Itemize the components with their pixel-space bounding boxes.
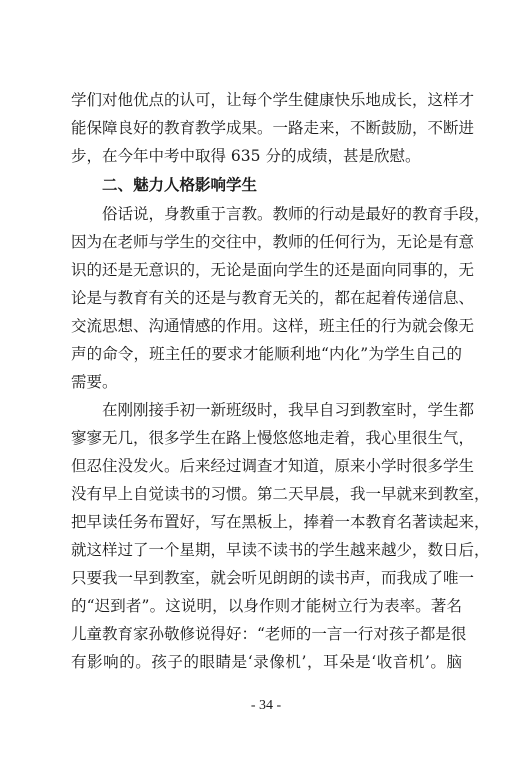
text-line: 学们对他优点的认可，让每个学生健康快乐地成长，这样才 (71, 89, 462, 111)
text-line: 有影响的。孩子的眼睛是‘录像机’，耳朵是‘收音机’。脑 (71, 651, 462, 673)
page-number: - 34 - (0, 697, 532, 715)
text-line: 没有早上自觉读书的习惯。第二天早晨，我一早就来到教室， (71, 483, 462, 505)
text-line: 儿童教育家孙敬修说得好：“老师的一言一行对孩子都是很 (71, 623, 462, 645)
paragraph-first-line: 在刚刚接手初一新班级时，我早自习到教室时，学生都 (102, 399, 462, 421)
text-line: 能保障良好的教育教学成果。一路走来，不断鼓励，不断进 (71, 117, 462, 139)
text-line: 步，在今年中考中取得 635 分的成绩，甚是欣慰。 (71, 145, 462, 167)
text-line: 的“迟到者”。这说明，以身作则才能树立行为表率。著名 (71, 595, 462, 617)
document-page: 学们对他优点的认可，让每个学生健康快乐地成长，这样才 能保障良好的教育教学成果。… (0, 0, 532, 768)
text-line: 论是与教育有关的还是与教育无关的，都在起着传递信息、 (71, 287, 462, 309)
text-line: 只要我一早到教室，就会听见朗朗的读书声，而我成了唯一 (71, 567, 462, 589)
text-line: 交流思想、沟通情感的作用。这样，班主任的行为就会像无 (71, 315, 462, 337)
text-line: 识的还是无意识的，无论是面向学生的还是面向同事的，无 (71, 259, 462, 281)
text-line: 需要。 (71, 371, 462, 393)
text-line: 就这样过了一个星期，早读不读书的学生越来越少，数日后， (71, 539, 462, 561)
text-line: 因为在老师与学生的交往中，教师的任何行为，无论是有意 (71, 231, 462, 253)
text-line: 声的命令，班主任的要求才能顺利地“内化”为学生自己的 (71, 343, 462, 365)
section-heading: 二、魅力人格影响学生 (102, 174, 257, 196)
text-line: 但忍住没发火。后来经过调查才知道，原来小学时很多学生 (71, 455, 462, 477)
text-line: 寥寥无几，很多学生在路上慢悠悠地走着，我心里很生气， (71, 427, 462, 449)
paragraph-first-line: 俗话说，身教重于言教。教师的行动是最好的教育手段， (102, 203, 462, 225)
text-line: 把早读任务布置好，写在黑板上，捧着一本教育名著读起来， (71, 511, 462, 533)
